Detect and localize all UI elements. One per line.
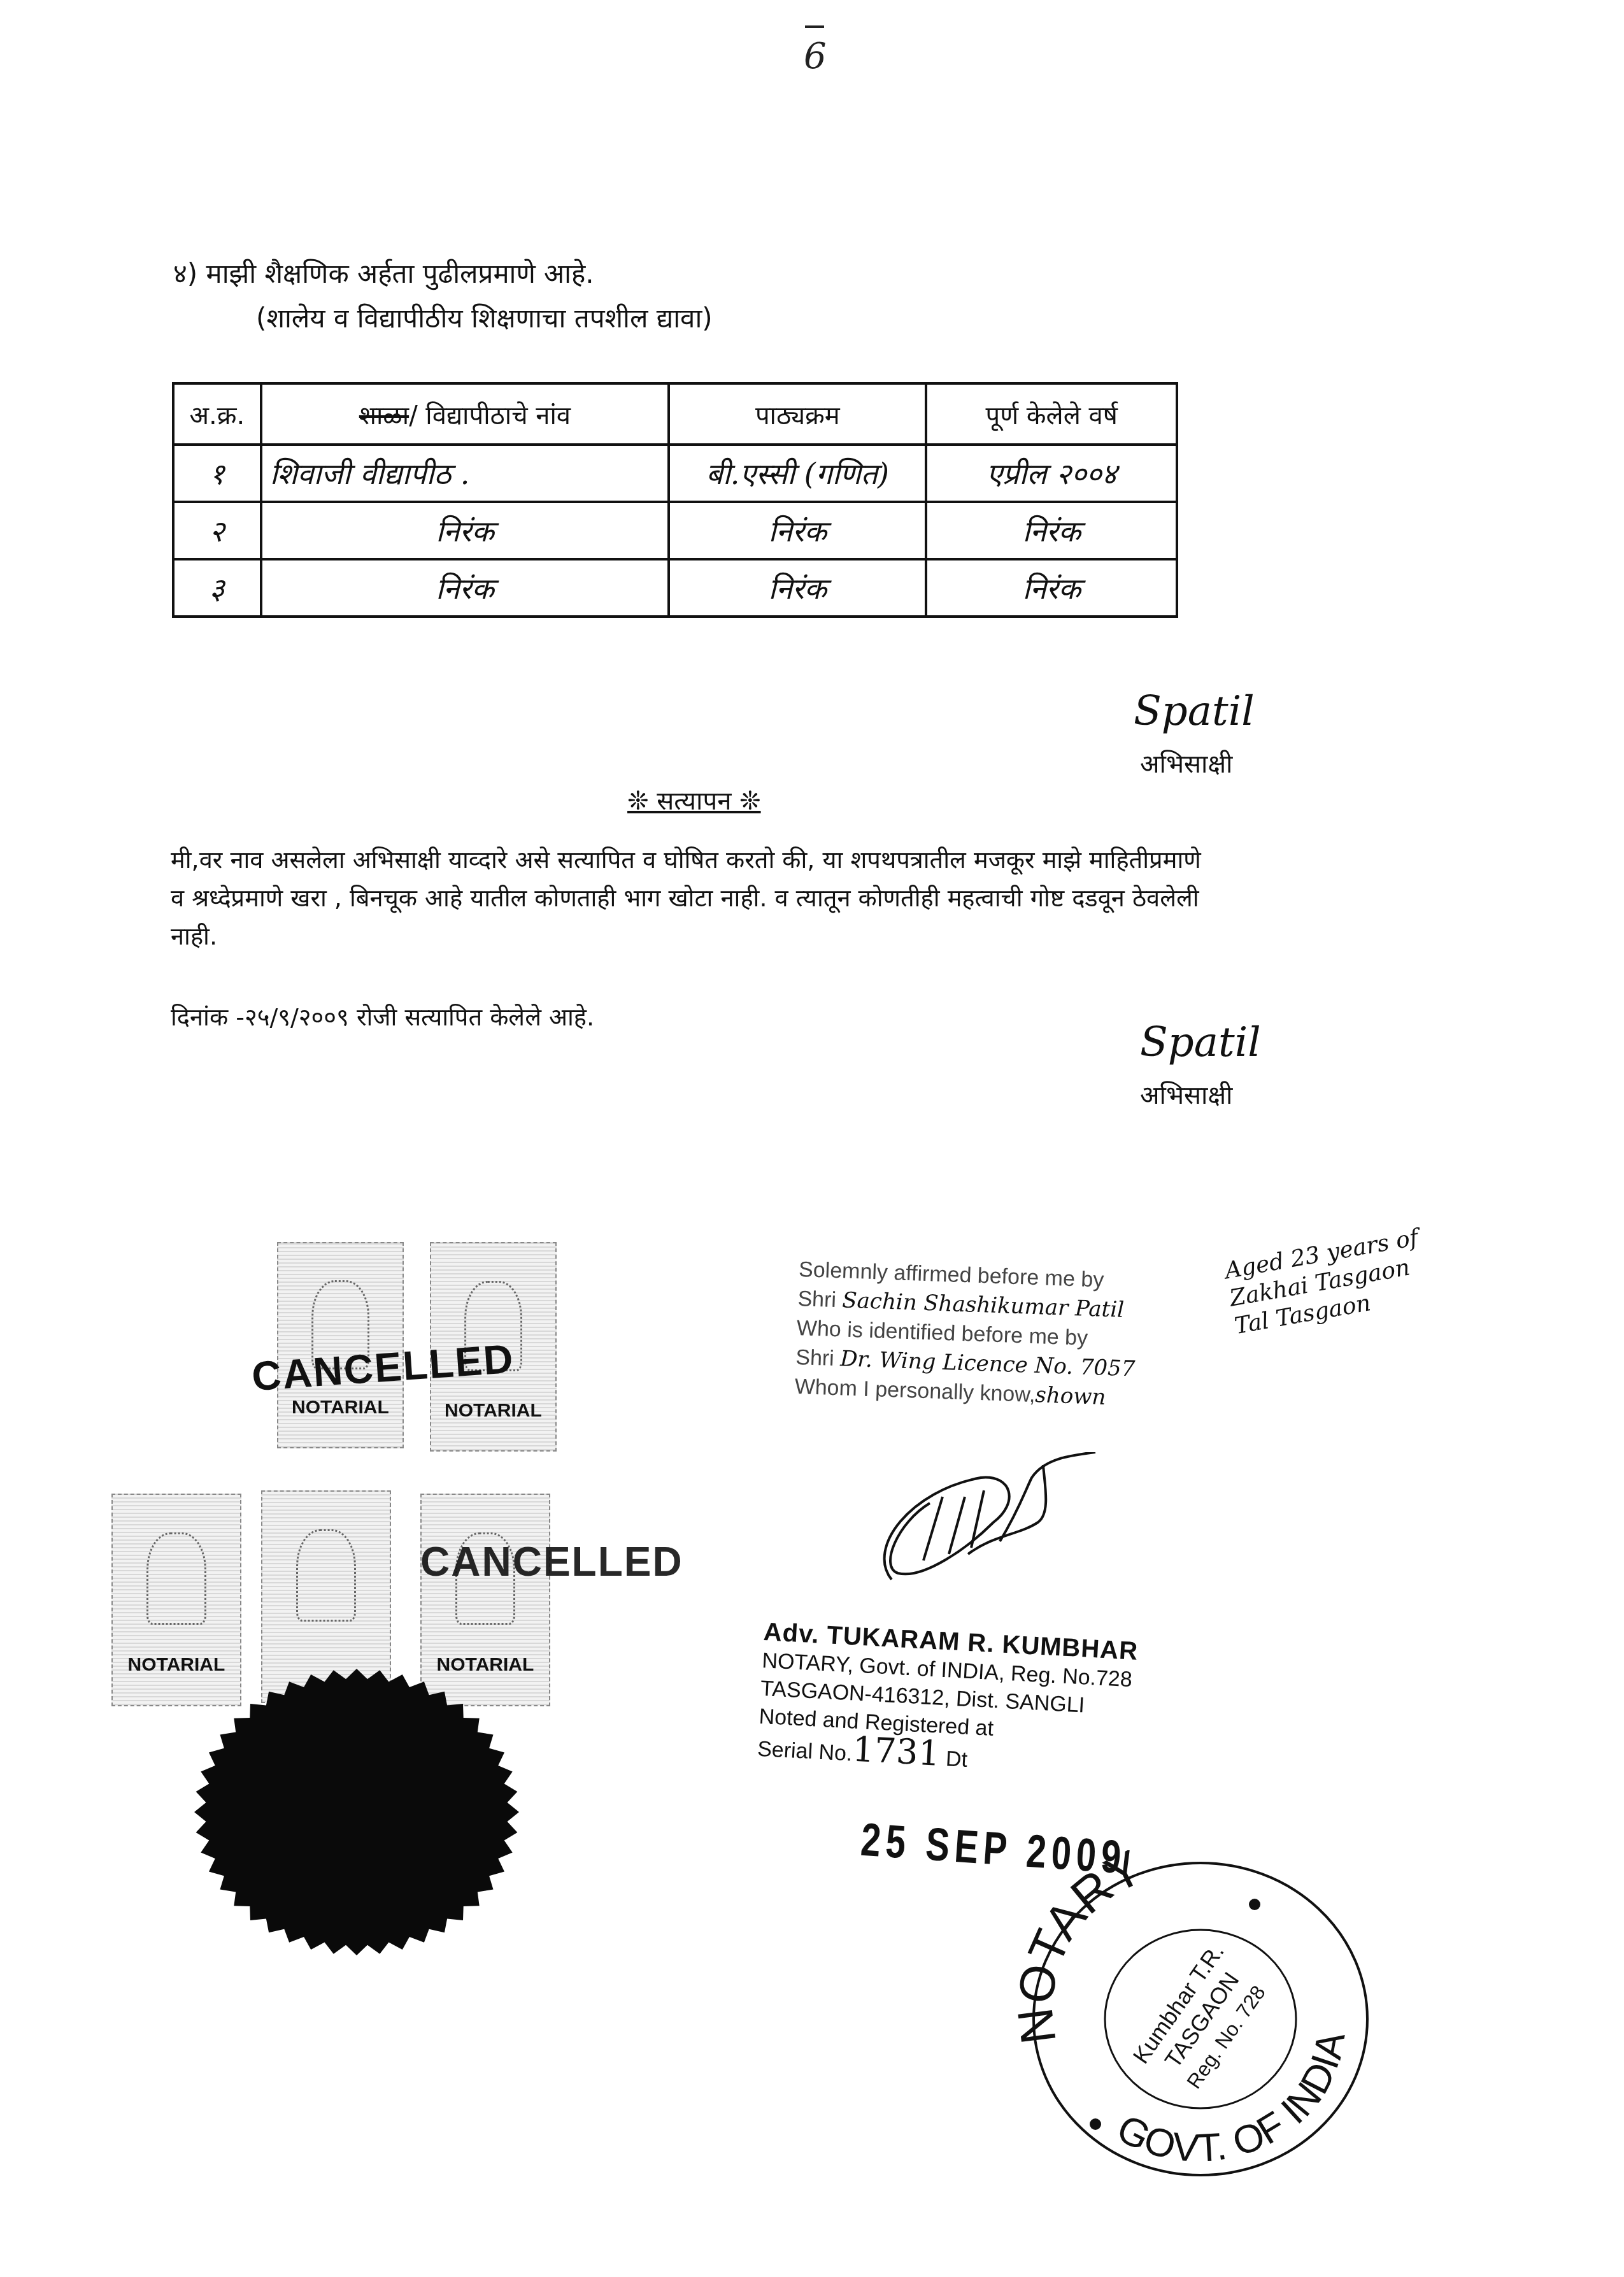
cancelled-stamp: CANCELLED — [420, 1538, 683, 1585]
svg-text:NOTARY: NOTARY — [1013, 1850, 1151, 2047]
cell-course: निरंक — [669, 559, 926, 617]
affirm-know: Whom I personally know, — [794, 1374, 1036, 1407]
cell-year: निरंक — [926, 559, 1177, 617]
cell-course: बी.एस्सी (गणित) — [669, 445, 926, 502]
header-serial: अ.क्र. — [173, 383, 261, 445]
header-institution: शाळा/ विद्यापीठाचे नांव — [261, 383, 669, 445]
cell-serial: २ — [173, 502, 261, 559]
cell-year: एप्रील २००४ — [926, 445, 1177, 502]
ashoka-emblem-icon — [146, 1532, 206, 1625]
verification-date: दिनांक -२५/९/२००९ रोजी सत्यापित केलेले आ… — [171, 1000, 594, 1033]
table-row: १ शिवाजी वीद्यापीठ . बी.एस्सी (गणित) एप्… — [173, 445, 1177, 502]
struck-word: शाळा — [359, 401, 409, 431]
section-4-subtitle: (शालेय व विद्यापीठीय शिक्षणाचा तपशील द्य… — [256, 299, 713, 336]
deponent-label: अभिसाक्षी — [1140, 1076, 1232, 1111]
cell-course: निरंक — [669, 502, 926, 559]
ashoka-emblem-icon — [296, 1529, 356, 1622]
cell-institution: निरंक — [261, 502, 669, 559]
cell-institution: शिवाजी वीद्यापीठ . — [261, 445, 669, 502]
education-table: अ.क्र. शाळा/ विद्यापीठाचे नांव पाठ्यक्रम… — [172, 382, 1178, 618]
deponent-signature: Spatil — [1134, 688, 1255, 735]
page-number-mark: 6 — [804, 25, 827, 77]
cell-serial: ३ — [173, 559, 261, 617]
verification-body: मी,वर नाव असलेला अभिसाक्षी याव्दारे असे … — [171, 841, 1222, 955]
cell-institution: निरंक — [261, 559, 669, 617]
affirm-shri: Shri — [795, 1345, 835, 1371]
shown-handwritten: shown — [1035, 1382, 1106, 1410]
section-4-title: ४) माझी शैक्षणिक अर्हता पुढीलप्रमाणे आहे… — [173, 255, 594, 291]
stamp-label: NOTARIAL — [431, 1400, 555, 1422]
table-row: २ निरंक निरंक निरंक — [173, 502, 1177, 559]
notary-signature-icon — [853, 1452, 1121, 1592]
notary-round-seal-icon: NOTARY GOVT. OF INDIA Kumbhar T.R. TASGA… — [1013, 1850, 1382, 2181]
page-mark-dash — [805, 25, 824, 28]
verification-title: ❊ सत्यापन ❊ — [627, 782, 761, 817]
stamp-label: NOTARIAL — [278, 1397, 402, 1418]
serial-suffix: Dt — [945, 1746, 968, 1772]
affirmation-block: Solemnly affirmed before me by Shri Sach… — [794, 1255, 1139, 1413]
deponent-label: अभिसाक्षी — [1140, 745, 1232, 780]
cell-serial: १ — [173, 445, 261, 502]
header-course: पाठ्यक्रम — [669, 383, 926, 445]
table-row: ३ निरंक निरंक निरंक — [173, 559, 1177, 617]
cell-year: निरंक — [926, 502, 1177, 559]
header-year: पूर्ण केलेले वर्ष — [926, 383, 1177, 445]
serial-number: 1731 — [851, 1729, 941, 1774]
address-handwritten: Aged 23 years of Zakhai Tasgaon Tal Tasg… — [1223, 1224, 1430, 1341]
deponent-signature: Spatil — [1140, 1019, 1261, 1066]
page-number: 6 — [804, 36, 827, 77]
affirm-shri: Shri — [797, 1287, 837, 1312]
serial-label: Serial No. — [757, 1737, 853, 1766]
seal-notary-text: NOTARY — [1013, 1850, 1151, 2047]
table-header-row: अ.क्र. शाळा/ विद्यापीठाचे नांव पाठ्यक्रम… — [173, 383, 1177, 445]
embossed-seal-icon — [178, 1662, 535, 1962]
notary-block: Adv. TUKARAM R. KUMBHAR NOTARY, Govt. of… — [757, 1618, 1139, 1783]
